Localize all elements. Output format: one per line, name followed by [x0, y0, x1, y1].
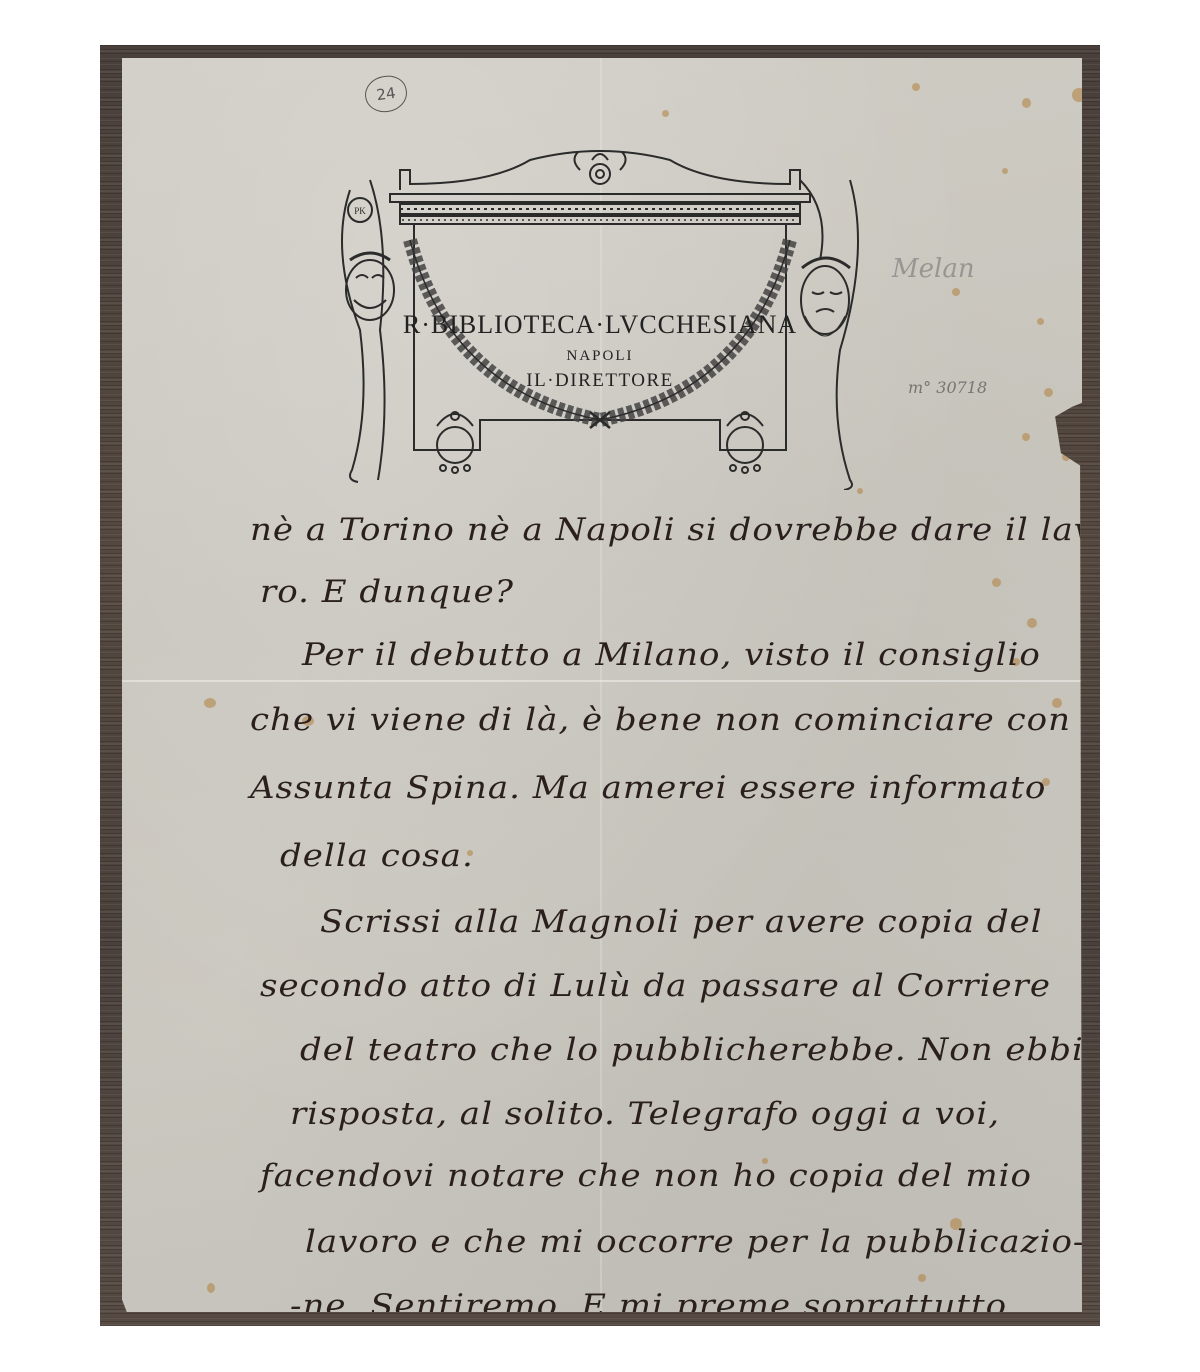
- body-line-7: Scrissi alla Magnoli per avere copia del: [320, 904, 1043, 941]
- letterhead: PK R·BIBLIOTECA·LVCCHESIANA NAPOLI IL·DI…: [330, 150, 870, 490]
- body-line-3: Per il debutto a Milano, visto il consig…: [302, 637, 1041, 674]
- body-line-8: secondo atto di Lulù da passare al Corri…: [260, 968, 1051, 1005]
- foxing-spot: [1027, 618, 1037, 628]
- pencil-note-top-right: Melan: [892, 254, 975, 284]
- foxing-spot: [1037, 318, 1044, 325]
- foxing-spot: [918, 1274, 926, 1282]
- foxing-spot: [1022, 433, 1030, 441]
- foxing-spot: [1022, 98, 1031, 108]
- body-line-10: risposta, al solito. Telegrafo oggi a vo…: [290, 1096, 1000, 1133]
- pencil-note-catalog-number: m° 30718: [908, 378, 987, 397]
- foxing-spot: [1002, 168, 1008, 174]
- body-line-1: nè a Torino nè a Napoli si dovrebbe dare…: [250, 512, 1128, 549]
- body-line-5: Assunta Spina. Ma amerei essere informat…: [250, 770, 1046, 807]
- foxing-spot: [992, 578, 1001, 587]
- letter-sheet: 24 Melan m° 30718: [122, 58, 1082, 1312]
- body-line-12: lavoro e che mi occorre per la pubblicaz…: [305, 1224, 1085, 1261]
- body-line-4: che vi viene di là, è bene non cominciar…: [250, 702, 1071, 739]
- foxing-spot: [952, 288, 960, 296]
- foxing-spot: [207, 1283, 215, 1293]
- monogram: PK: [354, 206, 366, 216]
- body-line-6: della cosa.: [280, 838, 474, 875]
- letterhead-institution: R·BIBLIOTECA·LVCCHESIANA: [330, 310, 870, 340]
- body-line-9: del teatro che lo pubblicherebbe. Non eb…: [300, 1032, 1084, 1069]
- foxing-spot: [662, 110, 669, 117]
- horizontal-fold-line: [122, 680, 1082, 682]
- foxing-spot: [912, 83, 920, 91]
- body-line-2: ro. E dunque?: [260, 574, 514, 611]
- letterhead-city: NAPOLI: [330, 348, 870, 365]
- foxing-spot: [204, 698, 216, 708]
- archive-number-circle: 24: [363, 73, 410, 114]
- foxing-spot: [1044, 388, 1053, 397]
- body-line-11: facendovi notare che non ho copia del mi…: [260, 1158, 1032, 1195]
- letterhead-role: IL·DIRETTORE: [330, 370, 870, 392]
